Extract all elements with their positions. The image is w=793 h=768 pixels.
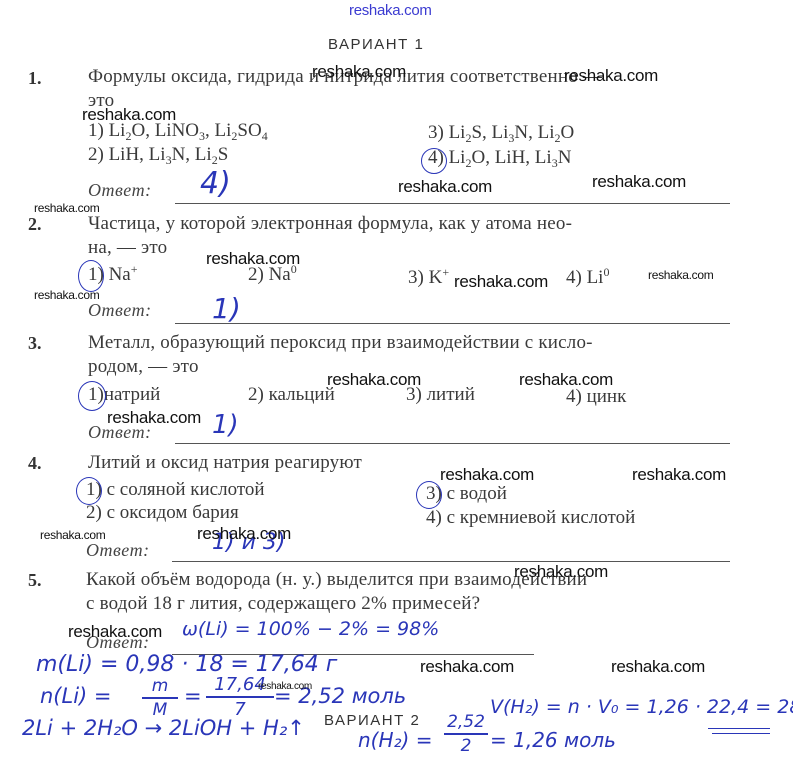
solution-line-mass: m(Li) = 0,98 · 18 = 17,64 г bbox=[36, 652, 337, 677]
question-number: 3. bbox=[28, 333, 42, 354]
answer-line bbox=[175, 443, 730, 444]
option-3: 3) K+ bbox=[408, 267, 449, 289]
answer-line bbox=[175, 323, 730, 324]
option-1: 1) с соляной кислотой bbox=[86, 479, 265, 501]
option-3: 3) Li2S, Li3N, Li2O bbox=[428, 122, 574, 144]
option-4: 4) с кремниевой кислотой bbox=[426, 507, 635, 529]
watermark: reshaka.com bbox=[197, 524, 291, 544]
answer-circle bbox=[78, 381, 106, 411]
question-number: 4. bbox=[28, 453, 42, 474]
solution-line-h2-moles-lhs: n(H₂) = bbox=[358, 728, 432, 752]
watermark: reshaka.com bbox=[564, 66, 658, 86]
watermark: reshaka.com bbox=[398, 177, 492, 197]
option-2: 2) кальций bbox=[248, 384, 335, 406]
solution-line-moles-lhs: n(Li) = bbox=[40, 684, 112, 708]
answer-label: Ответ: bbox=[88, 300, 152, 321]
watermark: reshaka.com bbox=[68, 622, 162, 642]
question-text-cont: на, — это bbox=[88, 237, 167, 259]
watermark: reshaka.com bbox=[40, 528, 105, 542]
question-text: Какой объём водорода (н. у.) выделится п… bbox=[86, 569, 587, 591]
final-answer-underline bbox=[708, 728, 770, 729]
solution-line-reaction: 2Li + 2H₂O → 2LiOH + H₂↑ bbox=[22, 716, 305, 740]
question-text: Металл, образующий пероксид при взаимоде… bbox=[88, 332, 593, 354]
option-4: 4) Li2O, LiH, Li3N bbox=[428, 147, 571, 169]
question-text-cont: с водой 18 г лития, содержащего 2% приме… bbox=[86, 593, 480, 615]
answer-line bbox=[172, 561, 730, 562]
watermark: reshaka.com bbox=[648, 268, 713, 282]
watermark: reshaka.com bbox=[206, 249, 300, 269]
answer-circle-1 bbox=[76, 477, 102, 505]
question-number: 2. bbox=[28, 214, 42, 235]
watermark: reshaka.com bbox=[440, 465, 534, 485]
solution-line-volume: V(H₂) = n · V₀ = 1,26 · 22,4 = 28,2 л. bbox=[490, 696, 793, 718]
fraction-m-over-M: mM bbox=[142, 676, 178, 720]
watermark: reshaka.com bbox=[82, 105, 176, 125]
answer-circle bbox=[421, 148, 447, 174]
solution-line-purity: ω(Li) = 100% − 2% = 98% bbox=[182, 618, 439, 640]
answer-line bbox=[175, 203, 730, 204]
answer-label: Ответ: bbox=[88, 180, 152, 201]
watermark: reshaka.com bbox=[420, 657, 514, 677]
question-text: Литий и оксид натрия реагируют bbox=[88, 452, 362, 474]
next-variant-heading: ВАРИАНТ 2 bbox=[324, 712, 420, 729]
question-number: 5. bbox=[28, 570, 42, 591]
final-answer-underline-2 bbox=[712, 733, 770, 734]
question-text-cont: родом, — это bbox=[88, 356, 199, 378]
option-2: 2) LiH, Li3N, Li2S bbox=[88, 144, 228, 166]
watermark: reshaka.com bbox=[454, 272, 548, 292]
question-text: Частица, у которой электронная формула, … bbox=[88, 213, 572, 235]
watermark: reshaka.com bbox=[107, 408, 201, 428]
watermark-top: reshaka.com bbox=[349, 2, 432, 19]
watermark: reshaka.com bbox=[514, 562, 608, 582]
watermark: reshaka.com bbox=[34, 288, 99, 302]
handwritten-answer: 1) bbox=[212, 410, 239, 440]
watermark: reshaka.com bbox=[632, 465, 726, 485]
solution-line-h2-moles-result: = 1,26 моль bbox=[490, 728, 616, 752]
watermark: reshaka.com bbox=[592, 172, 686, 192]
watermark: reshaka.com bbox=[327, 370, 421, 390]
watermark: reshaka.com bbox=[312, 62, 406, 82]
watermark: reshaka.com bbox=[611, 657, 705, 677]
equals-sign: = bbox=[184, 684, 202, 708]
option-4: 4) Li0 bbox=[566, 267, 609, 289]
watermark: reshaka.com bbox=[519, 370, 613, 390]
answer-circle-3 bbox=[416, 481, 442, 509]
handwritten-answer: 1) bbox=[212, 292, 241, 325]
watermark: reshaka.com bbox=[34, 201, 99, 215]
answer-label: Ответ: bbox=[86, 540, 150, 561]
question-number: 1. bbox=[28, 68, 42, 89]
fraction-2-52-over-2: 2,522 bbox=[444, 712, 488, 756]
page-heading: ВАРИАНТ 1 bbox=[328, 36, 424, 53]
watermark: reshaka.com bbox=[258, 681, 312, 692]
option-2: 2) с оксидом бария bbox=[86, 502, 239, 524]
handwritten-answer: 4) bbox=[200, 166, 231, 201]
